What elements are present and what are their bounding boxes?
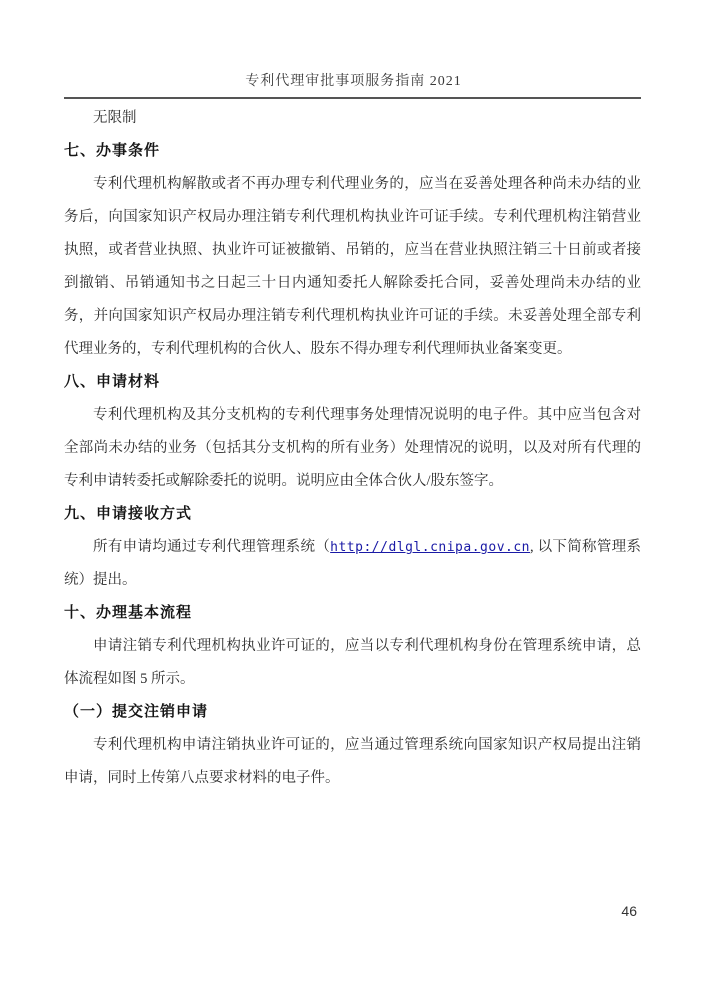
section-heading-7: 七、办事条件	[64, 135, 641, 168]
header-rule	[64, 97, 641, 99]
management-system-link[interactable]: http://dlgl.cnipa.gov.cn	[330, 540, 530, 555]
section-7-paragraph: 专利代理机构解散或者不再办理专利代理业务的，应当在妥善处理各种尚未办结的业务后，…	[64, 168, 641, 366]
section-heading-10: 十、办理基本流程	[64, 597, 641, 630]
section-10-paragraph: 申请注销专利代理机构执业许可证的，应当以专利代理机构身份在管理系统申请，总体流程…	[64, 630, 641, 696]
document-body: 无限制 七、办事条件 专利代理机构解散或者不再办理专利代理业务的，应当在妥善处理…	[64, 102, 641, 795]
section-heading-9: 九、申请接收方式	[64, 498, 641, 531]
page-number: 46	[621, 903, 637, 919]
section-8-paragraph: 专利代理机构及其分支机构的专利代理事务处理情况说明的电子件。其中应当包含对全部尚…	[64, 399, 641, 498]
intro-line: 无限制	[64, 102, 641, 135]
section-heading-8: 八、申请材料	[64, 366, 641, 399]
page-header-title: 专利代理审批事项服务指南 2021	[0, 0, 707, 92]
section-9-paragraph: 所有申请均通过专利代理管理系统（http://dlgl.cnipa.gov.cn…	[64, 531, 641, 597]
document-page: 专利代理审批事项服务指南 2021 无限制 七、办事条件 专利代理机构解散或者不…	[0, 0, 707, 1000]
section-9-text-before-link: 所有申请均通过专利代理管理系统（	[93, 539, 330, 555]
subsection-heading-1: （一）提交注销申请	[64, 696, 641, 729]
subsection-1-paragraph: 专利代理机构申请注销执业许可证的，应当通过管理系统向国家知识产权局提出注销申请，…	[64, 729, 641, 795]
